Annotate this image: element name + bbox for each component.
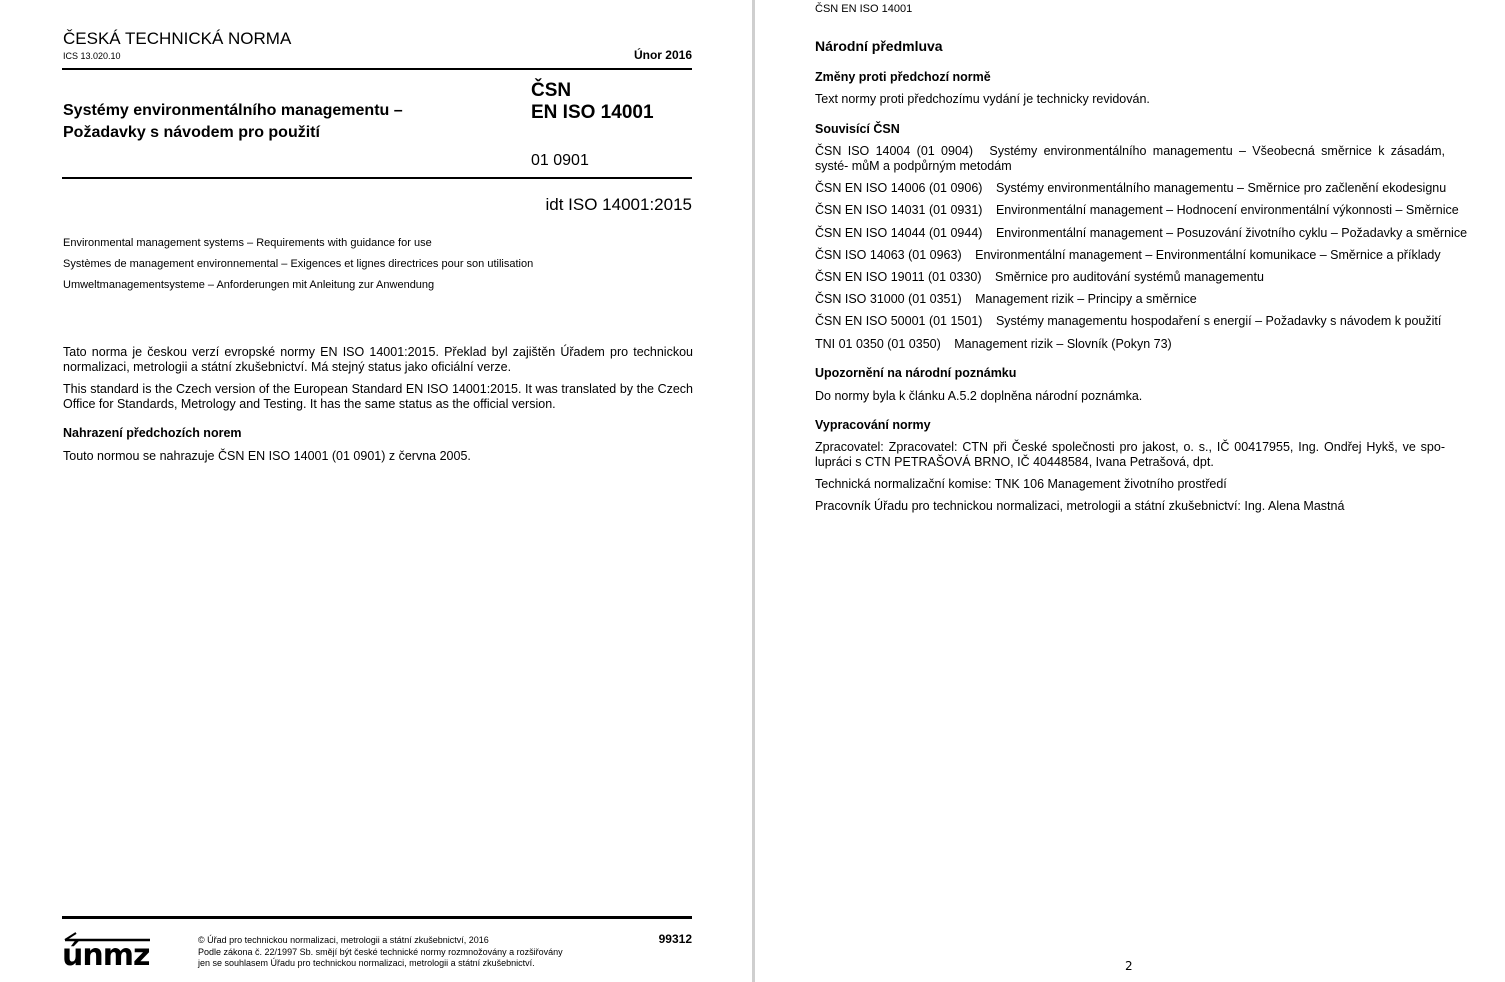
legal-notice-line: Podle zákona č. 22/1997 Sb. smějí být če… [198,947,638,959]
ics-code: ICS 13.020.10 [63,51,121,61]
standard-title: Management rizik – Principy a směrnice [975,292,1197,306]
standard-title: Systémy environmentálního managementu – … [996,181,1446,195]
unmz-logo: únmz [62,932,154,968]
header-rule-top [62,68,692,70]
price-code: 99312 [659,932,692,946]
preparation-committee: Technická normalizační komise: TNK 106 M… [815,477,1445,492]
related-standard-item: ČSN EN ISO 14044 (01 0944) Environmentál… [815,226,1445,241]
changes-text: Text normy proti předchozímu vydání je t… [815,92,1445,107]
standard-code: ČSN EN ISO 50001 (01 1501) [815,314,982,328]
page-1: ČESKÁ TECHNICKÁ NORMA ICS 13.020.10 Únor… [0,0,752,982]
designation-line: EN ISO 14001 [531,102,654,124]
standard-title-line: Požadavky s návodem pro použití [63,122,403,144]
standard-code: ČSN EN ISO 14006 (01 0906) [815,181,982,195]
related-standard-item: ČSN EN ISO 19011 (01 0330) Směrnice pro … [815,270,1445,285]
standard-title: Environmentální management – Posuzování … [996,226,1467,240]
classification-number: 01 0901 [531,152,589,170]
standard-code: ČSN ISO 14063 (01 0963) [815,248,962,262]
footer-legal: © Úřad pro technickou normalizaci, metro… [198,935,638,970]
preparation-heading: Vypracování normy [815,418,931,432]
standard-code: TNI 01 0350 (01 0350) [815,337,941,351]
standard-title-line: Systémy environmentálního managementu – [63,100,403,122]
related-standard-item: ČSN ISO 14063 (01 0963) Environmentální … [815,248,1445,263]
related-standard-item: ČSN EN ISO 14006 (01 0906) Systémy envir… [815,181,1445,196]
document-type-heading: ČESKÁ TECHNICKÁ NORMA [63,29,291,49]
standard-title: Směrnice pro auditování systémů manageme… [995,270,1264,284]
related-standard-item: TNI 01 0350 (01 0350) Management rizik –… [815,337,1445,352]
national-foreword-title: Národní předmluva [815,38,943,54]
svg-text:únmz: únmz [62,938,150,968]
related-standard-item: ČSN ISO 14004 (01 0904) Systémy environm… [815,144,1445,174]
related-standards-heading: Souvisící ČSN [815,122,900,136]
replacement-heading: Nahrazení předchozích norem [63,426,242,440]
title-translation-en: Environmental management systems – Requi… [63,237,432,249]
running-head: ČSN EN ISO 14001 [815,3,912,15]
national-note-text: Do normy byla k článku A.5.2 doplněna ná… [815,389,1445,404]
title-translation-fr: Systèmes de management environnemental –… [63,258,533,270]
copyright-notice: © Úřad pro technickou normalizaci, metro… [198,935,638,947]
standard-code: ČSN ISO 14004 (01 0904) [815,144,973,158]
replacement-text: Touto normou se nahrazuje ČSN EN ISO 140… [63,449,693,464]
legal-notice-line: jen se souhlasem Úřadu pro technickou no… [198,958,638,970]
standard-title: Systémy managementu hospodaření s energi… [996,314,1441,328]
page-number: 2 [1125,959,1133,973]
national-note-heading: Upozornění na národní poznámku [815,366,1016,380]
standard-code: ČSN EN ISO 19011 (01 0330) [815,270,982,284]
related-standard-item: ČSN EN ISO 50001 (01 1501) Systémy manag… [815,314,1445,329]
related-standard-item: ČSN EN ISO 14031 (01 0931) Environmentál… [815,203,1445,218]
intro-czech: Tato norma je českou verzí evropské norm… [63,345,693,375]
related-standard-item: ČSN ISO 31000 (01 0351) Management rizik… [815,292,1445,307]
changes-heading: Změny proti předchozí normě [815,70,991,84]
publication-date: Únor 2016 [634,48,692,62]
standard-title: Environmentální management – Environment… [975,248,1441,262]
standard-code: ČSN EN ISO 14044 (01 0944) [815,226,982,240]
preparation-officer: Pracovník Úřadu pro technickou normaliza… [815,499,1445,514]
standard-designation: ČSN EN ISO 14001 [531,80,654,124]
intro-english: This standard is the Czech version of th… [63,382,693,412]
preparation-author: Zpracovatel: Zpracovatel: CTN při České … [815,440,1445,470]
header-rule-bottom [62,177,692,179]
standard-title: Systémy environmentálního managementu – … [63,100,403,144]
title-translation-de: Umweltmanagementsysteme – Anforderungen … [63,279,434,291]
identity-reference: idt ISO 14001:2015 [545,195,692,215]
standard-title: Management rizik – Slovník (Pokyn 73) [954,337,1171,351]
standard-code: ČSN ISO 31000 (01 0351) [815,292,962,306]
designation-line: ČSN [531,80,654,102]
page-2: ČSN EN ISO 14001 Národní předmluva Změny… [755,0,1505,982]
standard-code: ČSN EN ISO 14031 (01 0931) [815,203,982,217]
footer-rule [62,916,692,919]
standard-title: Environmentální management – Hodnocení e… [996,203,1459,217]
